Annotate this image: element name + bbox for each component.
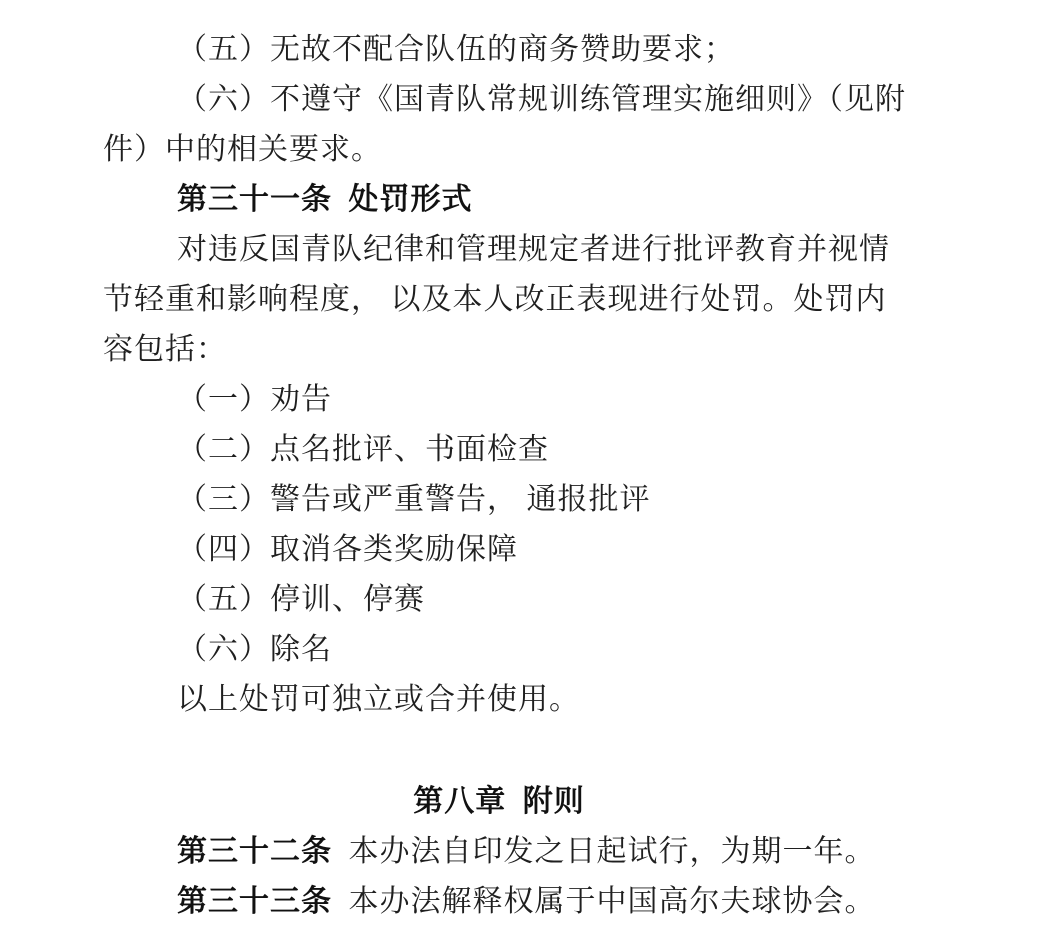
- punishment-item-1: （一）劝告: [103, 375, 895, 425]
- paragraph-text: 以上处罚可独立或合并使用。: [177, 683, 580, 716]
- paragraph-text: 节轻重和影响程度， 以及本人改正表现进行处罚。处罚内: [103, 283, 887, 316]
- clause-text: 件）中的相关要求。: [103, 133, 382, 166]
- clause-text: （二）点名批评、书面检查: [177, 433, 549, 466]
- article-heading-31: 第三十一条处罚形式: [103, 175, 895, 225]
- chapter-heading-8: 第八章附则: [103, 777, 895, 827]
- clause-item-6-continuation: 件）中的相关要求。: [103, 125, 895, 175]
- punishment-item-2: （二）点名批评、书面检查: [103, 425, 895, 475]
- clause-text: （五）停训、停赛: [177, 583, 425, 616]
- article-33: 第三十三条本办法解释权属于中国高尔夫球协会。: [103, 877, 895, 927]
- chapter-number: 第八章: [413, 785, 506, 818]
- clause-item-6: （六）不遵守《国青队常规训练管理实施细则》（见附: [103, 75, 895, 125]
- punishment-item-3: （三）警告或严重警告， 通报批评: [103, 475, 895, 525]
- article-text: 本办法解释权属于中国高尔夫球协会。: [349, 885, 876, 918]
- clause-item-5: （五）无故不配合队伍的商务赞助要求；: [103, 25, 895, 75]
- article-title: 处罚形式: [349, 183, 473, 216]
- paragraph-line: 以上处罚可独立或合并使用。: [103, 675, 895, 725]
- document-page: （五）无故不配合队伍的商务赞助要求；（六）不遵守《国青队常规训练管理实施细则》（…: [0, 0, 1038, 951]
- paragraph-line: 对违反国青队纪律和管理规定者进行批评教育并视情: [103, 225, 895, 275]
- clause-text: （六）除名: [177, 633, 332, 666]
- paragraph-text: 容包括：: [103, 333, 227, 366]
- punishment-item-6: （六）除名: [103, 625, 895, 675]
- paragraph-text: 对违反国青队纪律和管理规定者进行批评教育并视情: [177, 233, 890, 266]
- article-number: 第三十三条: [177, 885, 332, 918]
- clause-text: （三）警告或严重警告， 通报批评: [177, 483, 651, 516]
- clause-text: （六）不遵守《国青队常规训练管理实施细则》（见附: [177, 83, 906, 116]
- punishment-item-5: （五）停训、停赛: [103, 575, 895, 625]
- article-32: 第三十二条本办法自印发之日起试行，为期一年。: [103, 827, 895, 877]
- article-number: 第三十二条: [177, 835, 332, 868]
- clause-text: （一）劝告: [177, 383, 332, 416]
- chapter-title: 附则: [523, 785, 585, 818]
- article-text: 本办法自印发之日起试行，为期一年。: [349, 835, 876, 868]
- punishment-item-4: （四）取消各类奖励保障: [103, 525, 895, 575]
- clause-text: （四）取消各类奖励保障: [177, 533, 518, 566]
- paragraph-line: 节轻重和影响程度， 以及本人改正表现进行处罚。处罚内: [103, 275, 895, 325]
- article-number: 第三十一条: [177, 183, 332, 216]
- paragraph-line: 容包括：: [103, 325, 895, 375]
- clause-text: （五）无故不配合队伍的商务赞助要求；: [177, 33, 735, 66]
- document-body: （五）无故不配合队伍的商务赞助要求；（六）不遵守《国青队常规训练管理实施细则》（…: [103, 25, 895, 927]
